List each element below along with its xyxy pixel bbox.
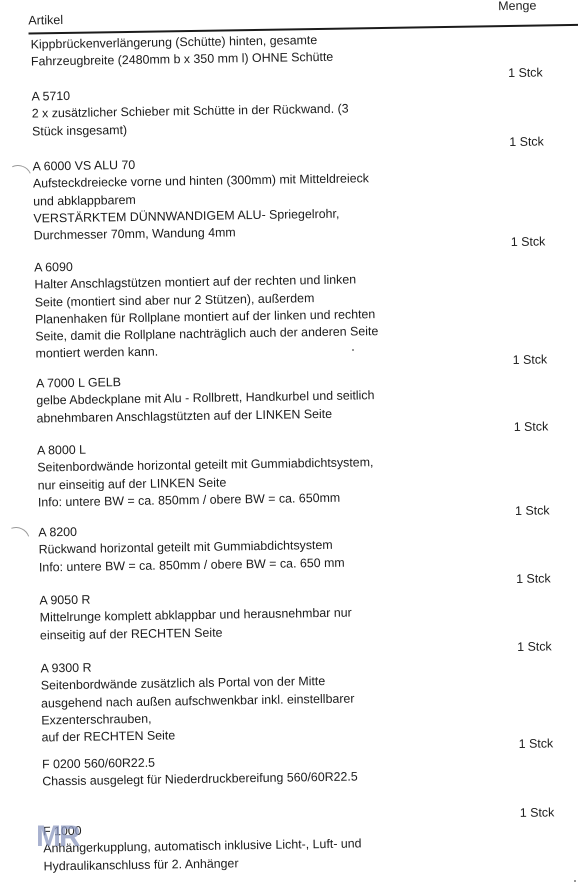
list-item: A 6090Halter Anschlagstützen montiert au… — [34, 253, 456, 363]
scan-speck — [352, 349, 354, 351]
list-item: F 0200 560/60R22.5Chassis ausgelegt für … — [42, 750, 462, 791]
article-quantity: 1 Stck — [511, 234, 546, 249]
list-item: F 1000Anhängerkupplung, automatisch inkl… — [43, 817, 464, 875]
watermark-logo: MR — [36, 820, 79, 854]
article-quantity: 1 Stck — [513, 352, 548, 367]
article-quantity: 1 Stck — [514, 419, 549, 434]
article-quantity: 1 Stck — [516, 571, 551, 586]
document-page: Artikel Menge Kippbrückenverlängerung (S… — [0, 0, 578, 884]
list-item: Kippbrückenverlängerung (Schütte) hinten… — [31, 30, 451, 71]
list-item: A 8000 LSeitenbordwände horizontal getei… — [37, 436, 458, 512]
list-item: A 9050 RMittelrunge komplett abklappbar … — [39, 586, 460, 644]
list-item: A 8200Rückwand horizontal geteilt mit Gu… — [38, 518, 459, 576]
article-quantity: 1 Stck — [520, 805, 555, 820]
article-quantity: 1 Stck — [508, 65, 543, 80]
column-header-article: Artikel — [28, 13, 63, 28]
list-item: A 6000 VS ALU 70Aufsteckdreiecke vorne u… — [32, 152, 453, 245]
article-quantity: 1 Stck — [517, 639, 552, 654]
article-quantity: 1 Stck — [519, 736, 554, 751]
article-quantity: 1 Stck — [515, 503, 550, 518]
list-item: A 57102 x zusätzlicher Schieber mit Schü… — [31, 82, 452, 140]
list-item: A 7000 L GELBgelbe Abdeckplane mit Alu -… — [36, 369, 457, 427]
article-quantity: 1 Stck — [509, 134, 544, 149]
list-item: A 9300 RSeitenbordwände zusätzlich als P… — [40, 654, 461, 747]
column-header-quantity: Menge — [498, 0, 536, 13]
scan-speck — [574, 880, 576, 882]
